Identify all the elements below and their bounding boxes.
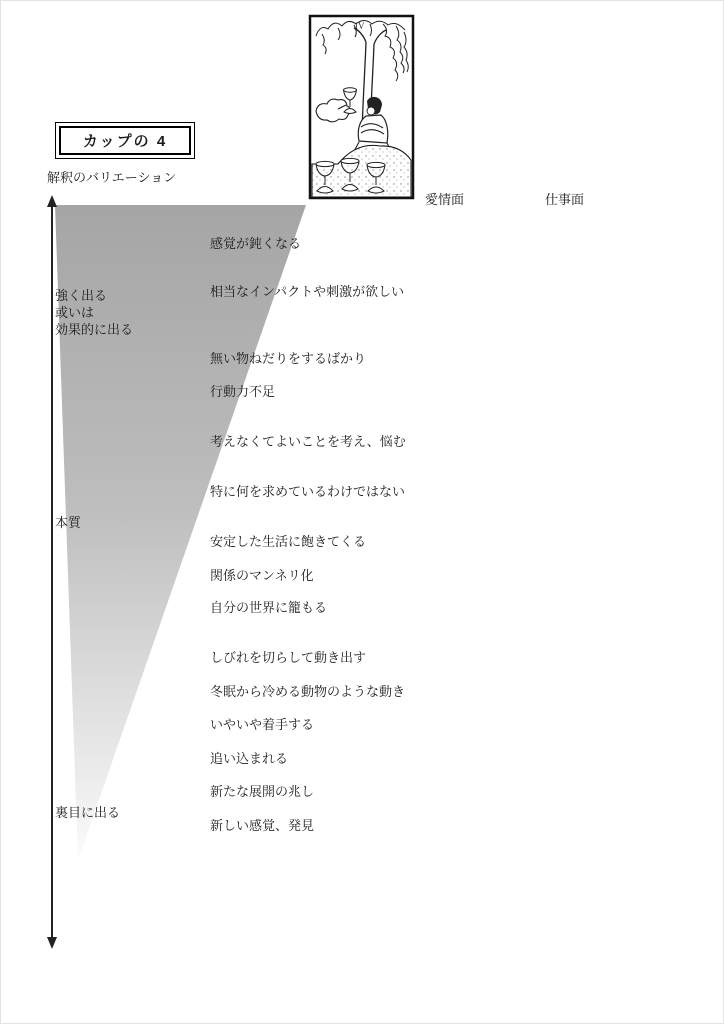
- tarot-card-image: IV: [308, 14, 415, 200]
- interpretation-item: しびれを切らして動き出す: [210, 647, 366, 666]
- axis-label-strong-line3: 効果的に出る: [55, 321, 133, 338]
- interpretation-item: いやいや着手する: [210, 714, 314, 733]
- interpretation-item: 感覚が鈍くなる: [210, 233, 301, 252]
- interpretation-item: 安定した生活に飽きてくる: [210, 531, 366, 550]
- interpretation-item: 新たな展開の兆し: [210, 781, 314, 800]
- axis-label-strong-line1: 強く出る: [55, 287, 133, 304]
- interpretation-item: 相当なインパクトや刺激が欲しい: [210, 281, 404, 300]
- interpretation-item: 行動力不足: [210, 381, 275, 400]
- axis-label-strong: 強く出る 或いは 効果的に出る: [55, 287, 133, 338]
- interpretation-item: 考えなくてよいことを考え、悩む: [210, 431, 406, 450]
- axis-label-backfire: 裏目に出る: [55, 804, 120, 821]
- document-page: IV: [0, 0, 724, 1024]
- interpretation-item: 新しい感覚、発見: [210, 815, 314, 834]
- interpretation-item: 追い込まれる: [210, 748, 288, 767]
- interpretation-item: 特に何を求めているわけではない: [210, 481, 405, 500]
- interpretation-item: 自分の世界に籠もる: [210, 597, 327, 616]
- arrow-up-icon: [47, 195, 57, 207]
- axis-label-strong-line2: 或いは: [55, 304, 133, 321]
- interpretation-item: 無い物ねだりをするばかり: [210, 348, 366, 367]
- axis-label-essence: 本質: [55, 514, 81, 531]
- interpretation-item: 関係のマンネリ化: [210, 565, 314, 584]
- arrow-down-icon: [47, 937, 57, 949]
- interpretation-item: 冬眠から冷める動物のような動き: [210, 681, 405, 700]
